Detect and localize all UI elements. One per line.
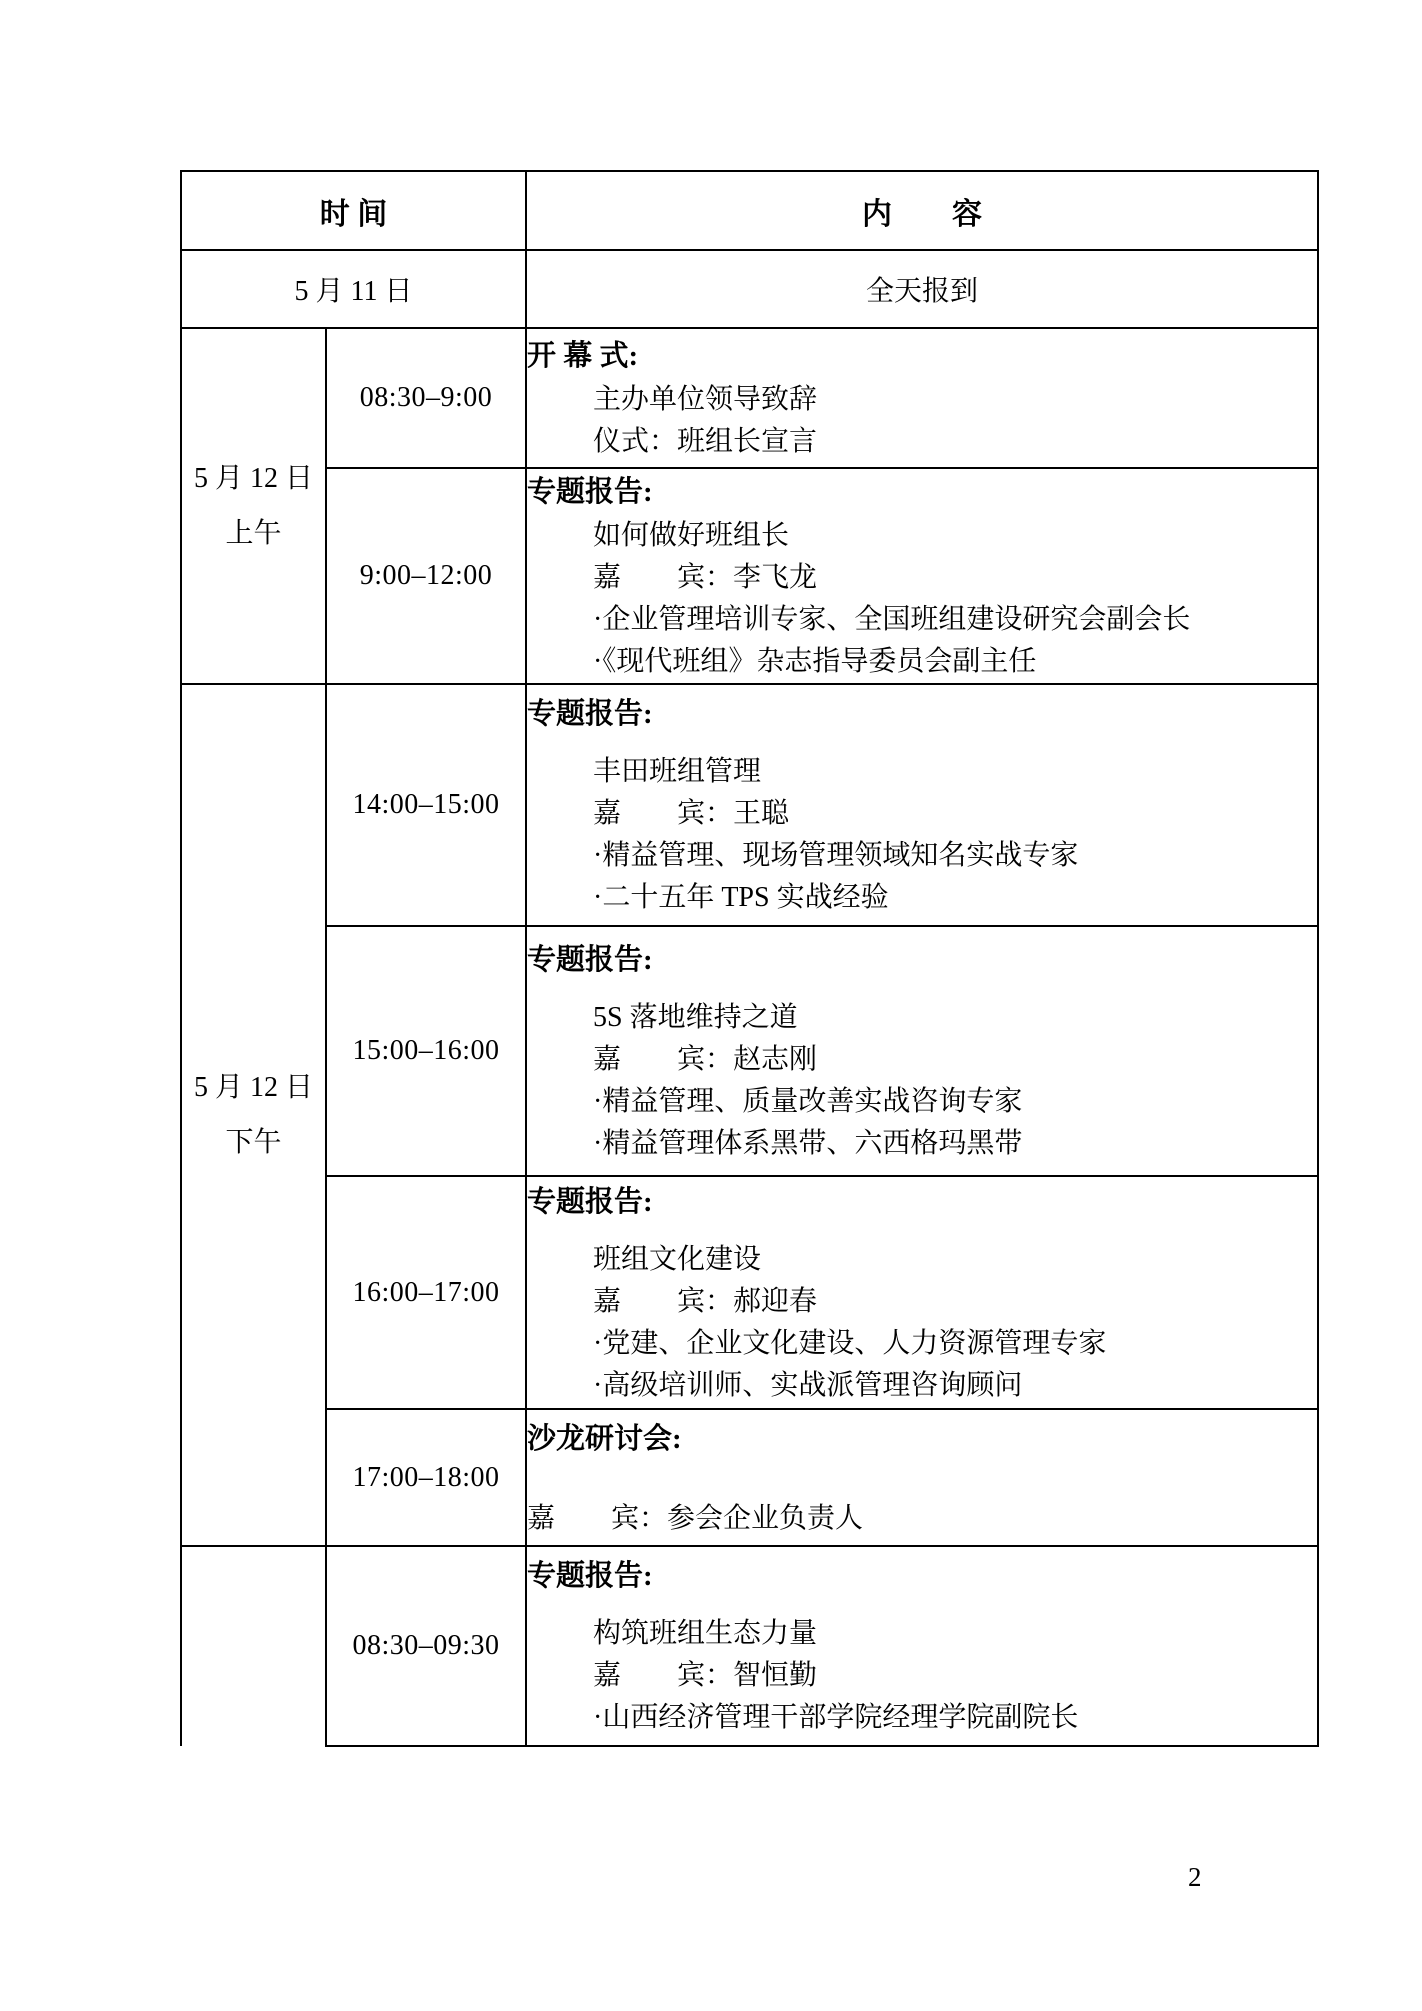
header-time-cell: 时 间: [181, 171, 526, 250]
session-title: 专题报告:: [527, 1553, 1317, 1599]
header-row: 时 间 内 容: [181, 171, 1318, 250]
session-line: 嘉 宾：赵志刚: [527, 1039, 1317, 1081]
day-date: 5 月 12 日: [182, 451, 325, 506]
time-cell: 9:00–12:00: [326, 468, 526, 684]
row-morning-report: 9:00–12:00 专题报告: 如何做好班组长 嘉 宾：李飞龙 ·企业管理培训…: [181, 468, 1318, 684]
session-title: 沙龙研讨会:: [527, 1416, 1317, 1462]
session-title: 专题报告:: [527, 937, 1317, 983]
session-line: 丰田班组管理: [527, 751, 1317, 793]
content-cell: 专题报告: 5S 落地维持之道 嘉 宾：赵志刚 ·精益管理、质量改善实战咨询专家…: [526, 926, 1318, 1176]
session-line: ·企业管理培训专家、全国班组建设研究会副会长: [527, 599, 1317, 641]
session-line: ·山西经济管理干部学院经理学院副院长: [527, 1697, 1317, 1739]
may11-date: 5 月 11 日: [295, 276, 413, 307]
content-cell: 专题报告: 丰田班组管理 嘉 宾：王聪 ·精益管理、现场管理领域知名实战专家 ·…: [526, 684, 1318, 926]
time-cell: 16:00–17:00: [326, 1176, 526, 1409]
session-line: ·精益管理、质量改善实战咨询专家: [527, 1081, 1317, 1123]
session-line: 5S 落地维持之道: [527, 997, 1317, 1039]
session-line: 构筑班组生态力量: [527, 1613, 1317, 1655]
row-salon: 17:00–18:00 沙龙研讨会: 嘉 宾：参会企业负责人: [181, 1409, 1318, 1546]
day-period: 上午: [182, 506, 325, 561]
header-content-cell: 内 容: [526, 171, 1318, 250]
content-cell: 专题报告: 班组文化建设 嘉 宾：郝迎春 ·党建、企业文化建设、人力资源管理专家…: [526, 1176, 1318, 1409]
day-date: 5 月 12 日: [182, 1060, 325, 1115]
row-culture: 16:00–17:00 专题报告: 班组文化建设 嘉 宾：郝迎春 ·党建、企业文…: [181, 1176, 1318, 1409]
content-cell: 专题报告: 构筑班组生态力量 嘉 宾：智恒勤 ·山西经济管理干部学院经理学院副院…: [526, 1546, 1318, 1746]
session-line: ·高级培训师、实战派管理咨询顾问: [527, 1365, 1317, 1407]
day-cell-may12-pm: 5 月 12 日 下午: [181, 684, 326, 1546]
session-line: 仪式：班组长宣言: [527, 421, 1317, 463]
session-line: ·党建、企业文化建设、人力资源管理专家: [527, 1323, 1317, 1365]
session-line: 嘉 宾：王聪: [527, 793, 1317, 835]
session-title: 开 幕 式:: [527, 333, 1317, 379]
session-line: 嘉 宾：郝迎春: [527, 1281, 1317, 1323]
day-period: 下午: [182, 1115, 325, 1170]
session-line: ·《现代班组》杂志指导委员会副主任: [527, 641, 1317, 683]
may11-content-cell: 全天报到: [526, 250, 1318, 328]
header-content-label: 内 容: [862, 198, 982, 231]
row-toyota: 5 月 12 日 下午 14:00–15:00 专题报告: 丰田班组管理 嘉 宾…: [181, 684, 1318, 926]
session-line: 嘉 宾：智恒勤: [527, 1655, 1317, 1697]
content-cell: 沙龙研讨会: 嘉 宾：参会企业负责人: [526, 1409, 1318, 1546]
content-cell: 开 幕 式: 主办单位领导致辞 仪式：班组长宣言: [526, 328, 1318, 468]
session-title: 专题报告:: [527, 469, 1317, 515]
session-title: 专题报告:: [527, 1179, 1317, 1225]
row-may11: 5 月 11 日 全天报到: [181, 250, 1318, 328]
session-line: 主办单位领导致辞: [527, 379, 1317, 421]
session-line: ·二十五年 TPS 实战经验: [527, 877, 1317, 919]
may11-date-cell: 5 月 11 日: [181, 250, 526, 328]
row-opening-ceremony: 5 月 12 日 上午 08:30–9:00 开 幕 式: 主办单位领导致辞 仪…: [181, 328, 1318, 468]
day-cell-next-day: [181, 1546, 326, 1746]
content-cell: 专题报告: 如何做好班组长 嘉 宾：李飞龙 ·企业管理培训专家、全国班组建设研究…: [526, 468, 1318, 684]
session-line: 嘉 宾：参会企业负责人: [527, 1498, 1317, 1540]
session-line: ·精益管理、现场管理领域知名实战专家: [527, 835, 1317, 877]
time-cell: 08:30–9:00: [326, 328, 526, 468]
session-line: ·精益管理体系黑带、六西格玛黑带: [527, 1123, 1317, 1165]
time-cell: 08:30–09:30: [326, 1546, 526, 1746]
session-title: 专题报告:: [527, 691, 1317, 737]
time-cell: 14:00–15:00: [326, 684, 526, 926]
header-time-label: 时 间: [320, 198, 388, 231]
time-cell: 17:00–18:00: [326, 1409, 526, 1546]
time-cell: 15:00–16:00: [326, 926, 526, 1176]
row-ecosystem: 08:30–09:30 专题报告: 构筑班组生态力量 嘉 宾：智恒勤 ·山西经济…: [181, 1546, 1318, 1746]
document-page: 时 间 内 容 5 月 11 日 全天报到 5 月 12 日 上午 08:30–…: [0, 0, 1422, 2011]
schedule-table: 时 间 内 容 5 月 11 日 全天报到 5 月 12 日 上午 08:30–…: [180, 170, 1319, 1747]
session-line: 嘉 宾：李飞龙: [527, 557, 1317, 599]
may11-content: 全天报到: [866, 276, 978, 307]
session-line: 如何做好班组长: [527, 515, 1317, 557]
session-line: 班组文化建设: [527, 1239, 1317, 1281]
page-number: 2: [1188, 1862, 1202, 1893]
row-5s: 15:00–16:00 专题报告: 5S 落地维持之道 嘉 宾：赵志刚 ·精益管…: [181, 926, 1318, 1176]
day-cell-may12-am: 5 月 12 日 上午: [181, 328, 326, 684]
